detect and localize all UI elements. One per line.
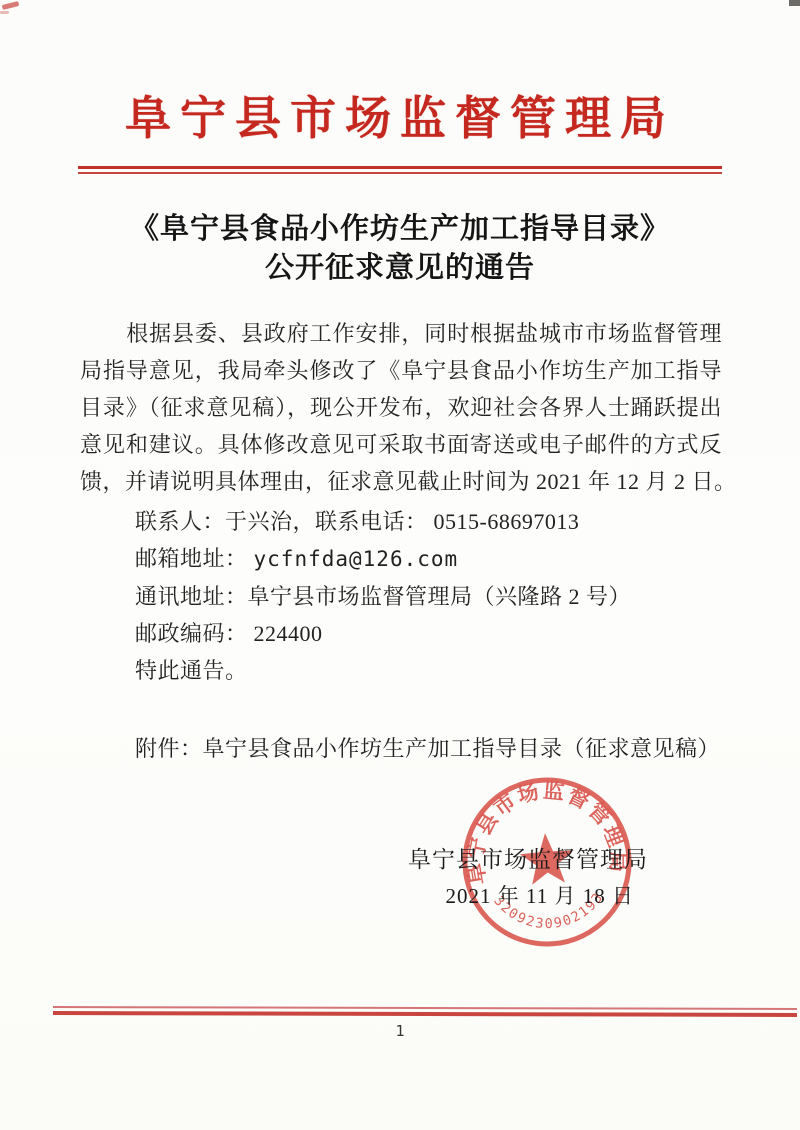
signature-date: 2021 年 11 月 18 日 — [446, 880, 634, 910]
postal-code-line: 邮政编码： 224400 — [80, 615, 722, 652]
contact-address-line: 通讯地址：阜宁县市场监督管理局（兴隆路 2 号） — [80, 578, 722, 615]
notice-body: 根据县委、县政府工作安排，同时根据盐城市市场监督管理 局指导意见，我局牵头修改了… — [80, 315, 722, 500]
signature-agency: 阜宁县市场监督管理局 — [408, 841, 648, 874]
letterhead-agency-title: 阜宁县市场监督管理局 — [0, 90, 800, 148]
notice-title-line2: 公开征求意见的通告 — [0, 249, 800, 288]
notice-title-line1: 《阜宁县食品小作坊生产加工指导目录》 — [0, 210, 800, 249]
email-label: 邮箱地址： — [135, 546, 254, 571]
contact-email-line: 邮箱地址： ycfnfda@126.com — [80, 540, 722, 578]
letterhead: 阜宁县市场监督管理局 — [0, 0, 800, 148]
body-line: 局指导意见，我局牵头修改了《阜宁县食品小作坊生产加工指导 — [80, 352, 722, 389]
letterhead-rule — [78, 166, 722, 174]
scan-artifact-mark — [0, 11, 9, 14]
body-line: 意见和建议。具体修改意见可采取书面寄送或电子邮件的方式反 — [80, 426, 722, 463]
email-address: ycfnfda@126.com — [254, 547, 459, 571]
footer-rule — [53, 1006, 797, 1017]
scanned-notice-page: 阜宁县市场监督管理局 《阜宁县食品小作坊生产加工指导目录》 公开征求意见的通告 … — [0, 0, 800, 1130]
body-line: 馈，并请说明具体理由，征求意见截止时间为 2021 年 12 月 2 日。 — [80, 463, 722, 500]
notice-title: 《阜宁县食品小作坊生产加工指导目录》 公开征求意见的通告 — [0, 210, 800, 288]
contact-info: 联系人：于兴治，联系电话： 0515-68697013 邮箱地址： ycfnfd… — [80, 503, 722, 689]
scan-artifact-mark — [789, 0, 800, 6]
contact-person-line: 联系人：于兴治，联系电话： 0515-68697013 — [80, 503, 722, 540]
page-number: 1 — [0, 1022, 800, 1040]
body-line: 根据县委、县政府工作安排，同时根据盐城市市场监督管理 — [80, 315, 722, 352]
body-line: 目录》（征求意见稿），现公开发布，欢迎社会各界人士踊跃提出 — [80, 389, 722, 426]
attachment-line: 附件：阜宁县食品小作坊生产加工指导目录（征求意见稿） — [80, 731, 722, 767]
closing-line: 特此通告。 — [80, 652, 722, 689]
